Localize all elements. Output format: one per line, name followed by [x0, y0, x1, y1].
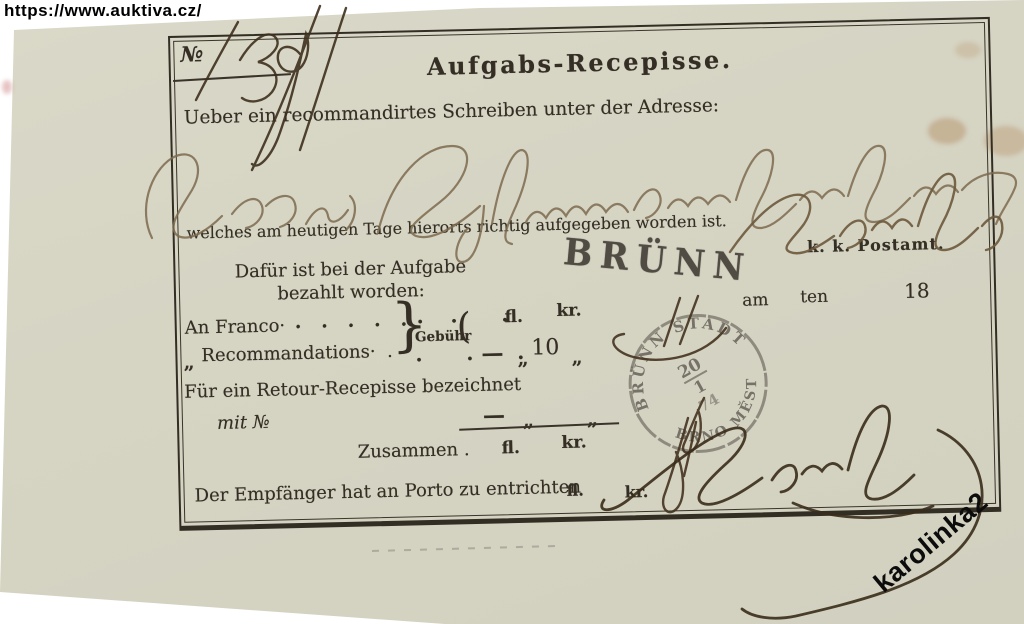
franco-label: An Franco· — [185, 315, 286, 338]
zusammen-fl-label: fl. — [501, 438, 520, 458]
fee-paren: ( — [456, 307, 471, 347]
recomm-open-quote: „ — [517, 348, 528, 370]
intro-line: Ueber ein recommandirtes Schreiben unter… — [184, 95, 720, 128]
date-ten: ten — [800, 287, 828, 308]
recomm-dash: — — [481, 340, 504, 367]
porto-line: Der Empfänger hat an Porto zu entrichten — [194, 477, 581, 507]
recomm-close-quote: „ — [571, 346, 582, 368]
recomm-amount: 10 — [531, 335, 560, 361]
porto-fl-label: fl. — [566, 480, 584, 499]
paper-stain — [2, 80, 12, 94]
date-am: am — [742, 290, 769, 311]
datestamp-arc-top: BRÜNN STADT — [604, 290, 757, 417]
paid-block: Dafür ist bei der Aufgabe bezahlt worden… — [205, 254, 496, 307]
recomm-label: Recommandations· . — [201, 341, 393, 366]
retour-open-quote: „ — [523, 410, 534, 432]
zusammen-label: Zusammen . — [357, 439, 469, 463]
circular-datestamp: BRÜNN STADT BRNO MĚSTO 20 1 74 — [591, 276, 803, 488]
retour-line1: Für ein Retour-Recepisse bezeichnet — [184, 374, 521, 403]
date-century: 18 — [904, 278, 930, 303]
retour-close-quote: „ — [587, 408, 598, 430]
franco-fl-label: fl. — [504, 307, 523, 327]
url-watermark: https://www.auktiva.cz/ — [4, 1, 202, 21]
postamt-label: k. k. Postamt. — [807, 234, 945, 256]
form-title: Aufgabs-Recepisse. — [171, 39, 989, 87]
recomm-quote: „ — [183, 351, 194, 373]
retour-line2: mit № — [217, 412, 270, 434]
porto-kr-label: kr. — [624, 482, 648, 502]
scanned-receipt: № Aufgabs-Recepisse. Ueber ein recommand… — [0, 0, 1024, 624]
retour-dash: — — [483, 402, 506, 429]
franco-kr-label: kr. — [556, 300, 582, 321]
zusammen-kr-label: kr. — [561, 432, 587, 453]
printed-form-frame: № Aufgabs-Recepisse. Ueber ein recommand… — [168, 17, 1001, 531]
